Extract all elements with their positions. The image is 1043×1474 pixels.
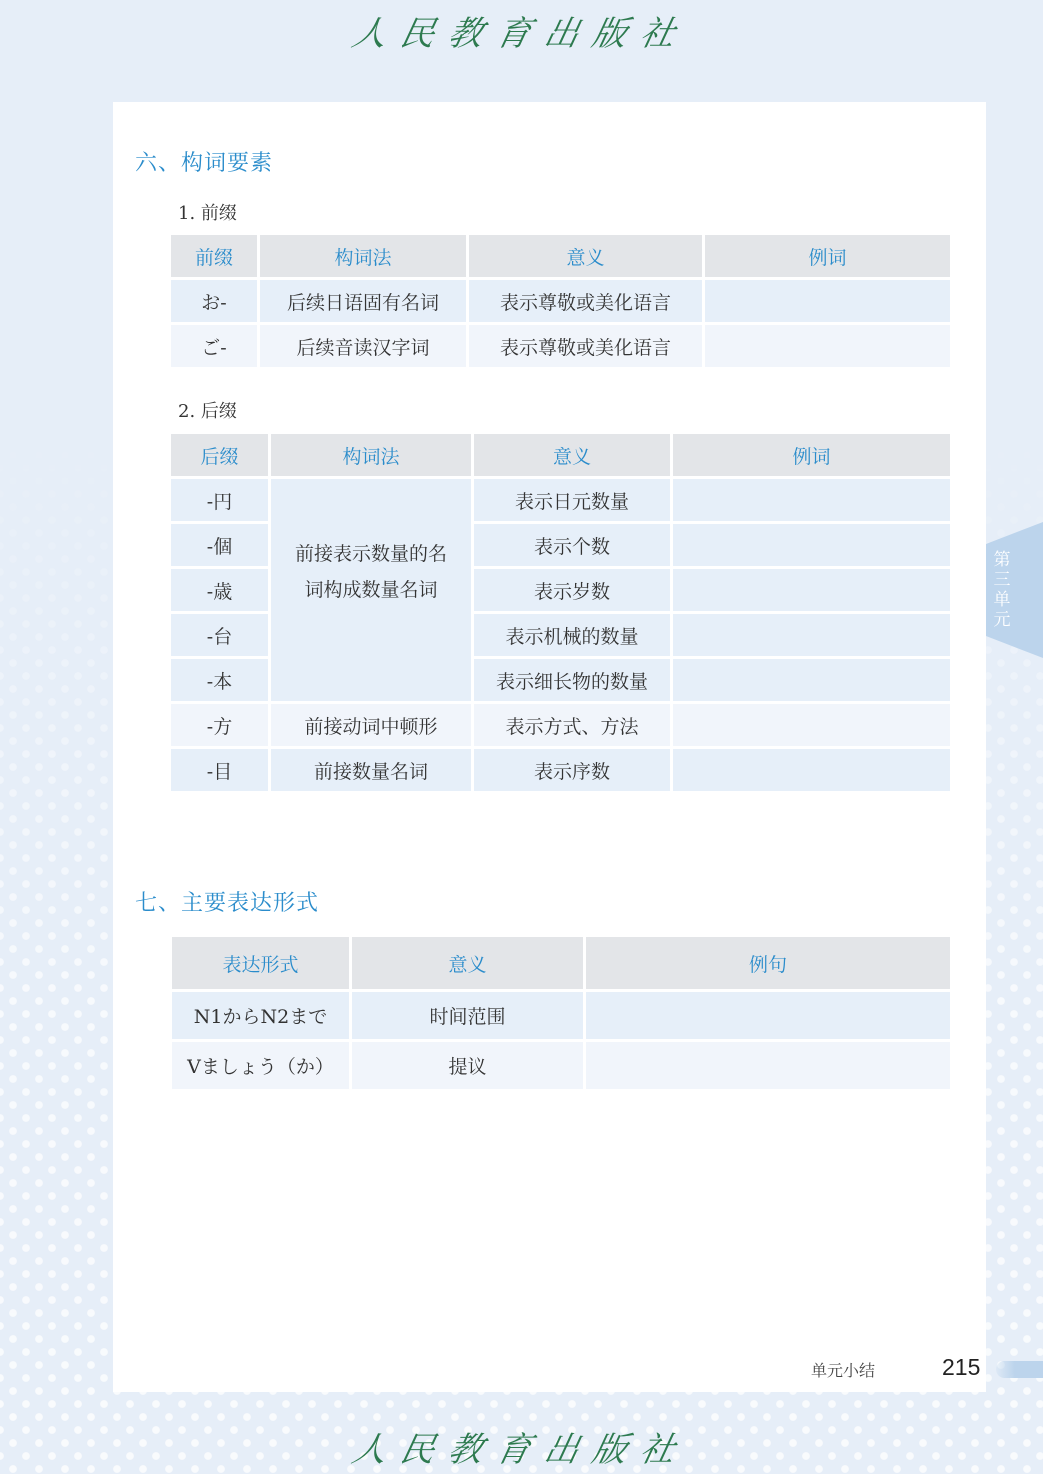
cell-formation-merged: 前接表示数量的名 词构成数量名词: [271, 479, 471, 701]
table-header-row: 表达形式 意义 例句: [172, 937, 950, 989]
cell-example: [673, 659, 950, 701]
cell-affix: -台: [171, 614, 268, 656]
cell-example: [705, 325, 950, 367]
page-number: 215: [942, 1354, 980, 1381]
cell-affix: -円: [171, 479, 268, 521]
cell-affix: -目: [171, 749, 268, 791]
cell-form: Vましょう（か）: [172, 1042, 349, 1089]
subtitle-prefix: 1. 前缀: [178, 199, 237, 225]
cell-formation: 后续音读汉字词: [260, 325, 466, 367]
cell-meaning: 表示个数: [474, 524, 670, 566]
cell-meaning: 表示细长物的数量: [474, 659, 670, 701]
page-marker-bar: [996, 1361, 1043, 1378]
cell-meaning: 表示岁数: [474, 569, 670, 611]
cell-example: [673, 614, 950, 656]
section-title-word-formation: 六、构词要素: [135, 146, 273, 177]
cell-meaning: 表示尊敬或美化语言: [469, 280, 702, 322]
header-example: 例词: [705, 235, 950, 277]
table-row: ご- 后续音读汉字词 表示尊敬或美化语言: [171, 325, 950, 367]
prefix-table: 前缀 构词法 意义 例词 お- 后续日语固有名词 表示尊敬或美化语言 ご- 后续…: [168, 232, 953, 370]
cell-formation: 后续日语固有名词: [260, 280, 466, 322]
table-header-row: 前缀 构词法 意义 例词: [171, 235, 950, 277]
publisher-logo-bottom: 人民教育出版社: [0, 1422, 1043, 1471]
cell-example-sentence: [586, 1042, 950, 1089]
cell-meaning: 表示机械的数量: [474, 614, 670, 656]
expressions-table: 表达形式 意义 例句 N1からN2まで 时间范围 Vましょう（か） 提议: [169, 934, 953, 1092]
header-formation: 构词法: [260, 235, 466, 277]
header-affix: 前缀: [171, 235, 257, 277]
table-row: -目 前接数量名词 表示序数: [171, 749, 950, 791]
cell-meaning: 表示序数: [474, 749, 670, 791]
cell-example: [673, 524, 950, 566]
cell-example-sentence: [586, 992, 950, 1039]
suffix-table: 后缀 构词法 意义 例词 -円 前接表示数量的名 词构成数量名词 表示日元数量 …: [168, 431, 953, 794]
header-example-sentence: 例句: [586, 937, 950, 989]
footer-section-label: 单元小结: [811, 1358, 875, 1381]
cell-form: N1からN2まで: [172, 992, 349, 1039]
header-meaning: 意义: [469, 235, 702, 277]
cell-meaning: 表示尊敬或美化语言: [469, 325, 702, 367]
cell-formation: 前接动词中顿形: [271, 704, 471, 746]
header-form: 表达形式: [172, 937, 349, 989]
formation-line-1: 前接表示数量的名: [295, 543, 447, 565]
publisher-logo-top: 人民教育出版社: [0, 6, 1043, 55]
header-formation: 构词法: [271, 434, 471, 476]
table-row: -円 前接表示数量的名 词构成数量名词 表示日元数量: [171, 479, 950, 521]
header-example: 例词: [673, 434, 950, 476]
header-meaning: 意义: [352, 937, 583, 989]
cell-formation: 前接数量名词: [271, 749, 471, 791]
table-row: -方 前接动词中顿形 表示方式、方法: [171, 704, 950, 746]
cell-meaning: 提议: [352, 1042, 583, 1089]
cell-example: [705, 280, 950, 322]
header-affix: 后缀: [171, 434, 268, 476]
unit-side-tab-label: 第三单元: [991, 550, 1013, 630]
cell-meaning: 时间范围: [352, 992, 583, 1039]
cell-affix: お-: [171, 280, 257, 322]
cell-affix: -個: [171, 524, 268, 566]
cell-example: [673, 479, 950, 521]
cell-example: [673, 704, 950, 746]
cell-example: [673, 569, 950, 611]
subtitle-suffix: 2. 后缀: [178, 397, 237, 423]
table-row: お- 后续日语固有名词 表示尊敬或美化语言: [171, 280, 950, 322]
cell-affix: ご-: [171, 325, 257, 367]
table-row: Vましょう（か） 提议: [172, 1042, 950, 1089]
page-sheet: 六、构词要素 1. 前缀 前缀 构词法 意义 例词 お- 后续日语固有名词 表示…: [113, 102, 986, 1392]
header-meaning: 意义: [474, 434, 670, 476]
cell-affix: -歳: [171, 569, 268, 611]
cell-example: [673, 749, 950, 791]
cell-meaning: 表示日元数量: [474, 479, 670, 521]
section-title-expressions: 七、主要表达形式: [135, 886, 319, 917]
cell-affix: -方: [171, 704, 268, 746]
cell-affix: -本: [171, 659, 268, 701]
table-header-row: 后缀 构词法 意义 例词: [171, 434, 950, 476]
formation-line-2: 词构成数量名词: [304, 579, 437, 601]
table-row: N1からN2まで 时间范围: [172, 992, 950, 1039]
cell-meaning: 表示方式、方法: [474, 704, 670, 746]
